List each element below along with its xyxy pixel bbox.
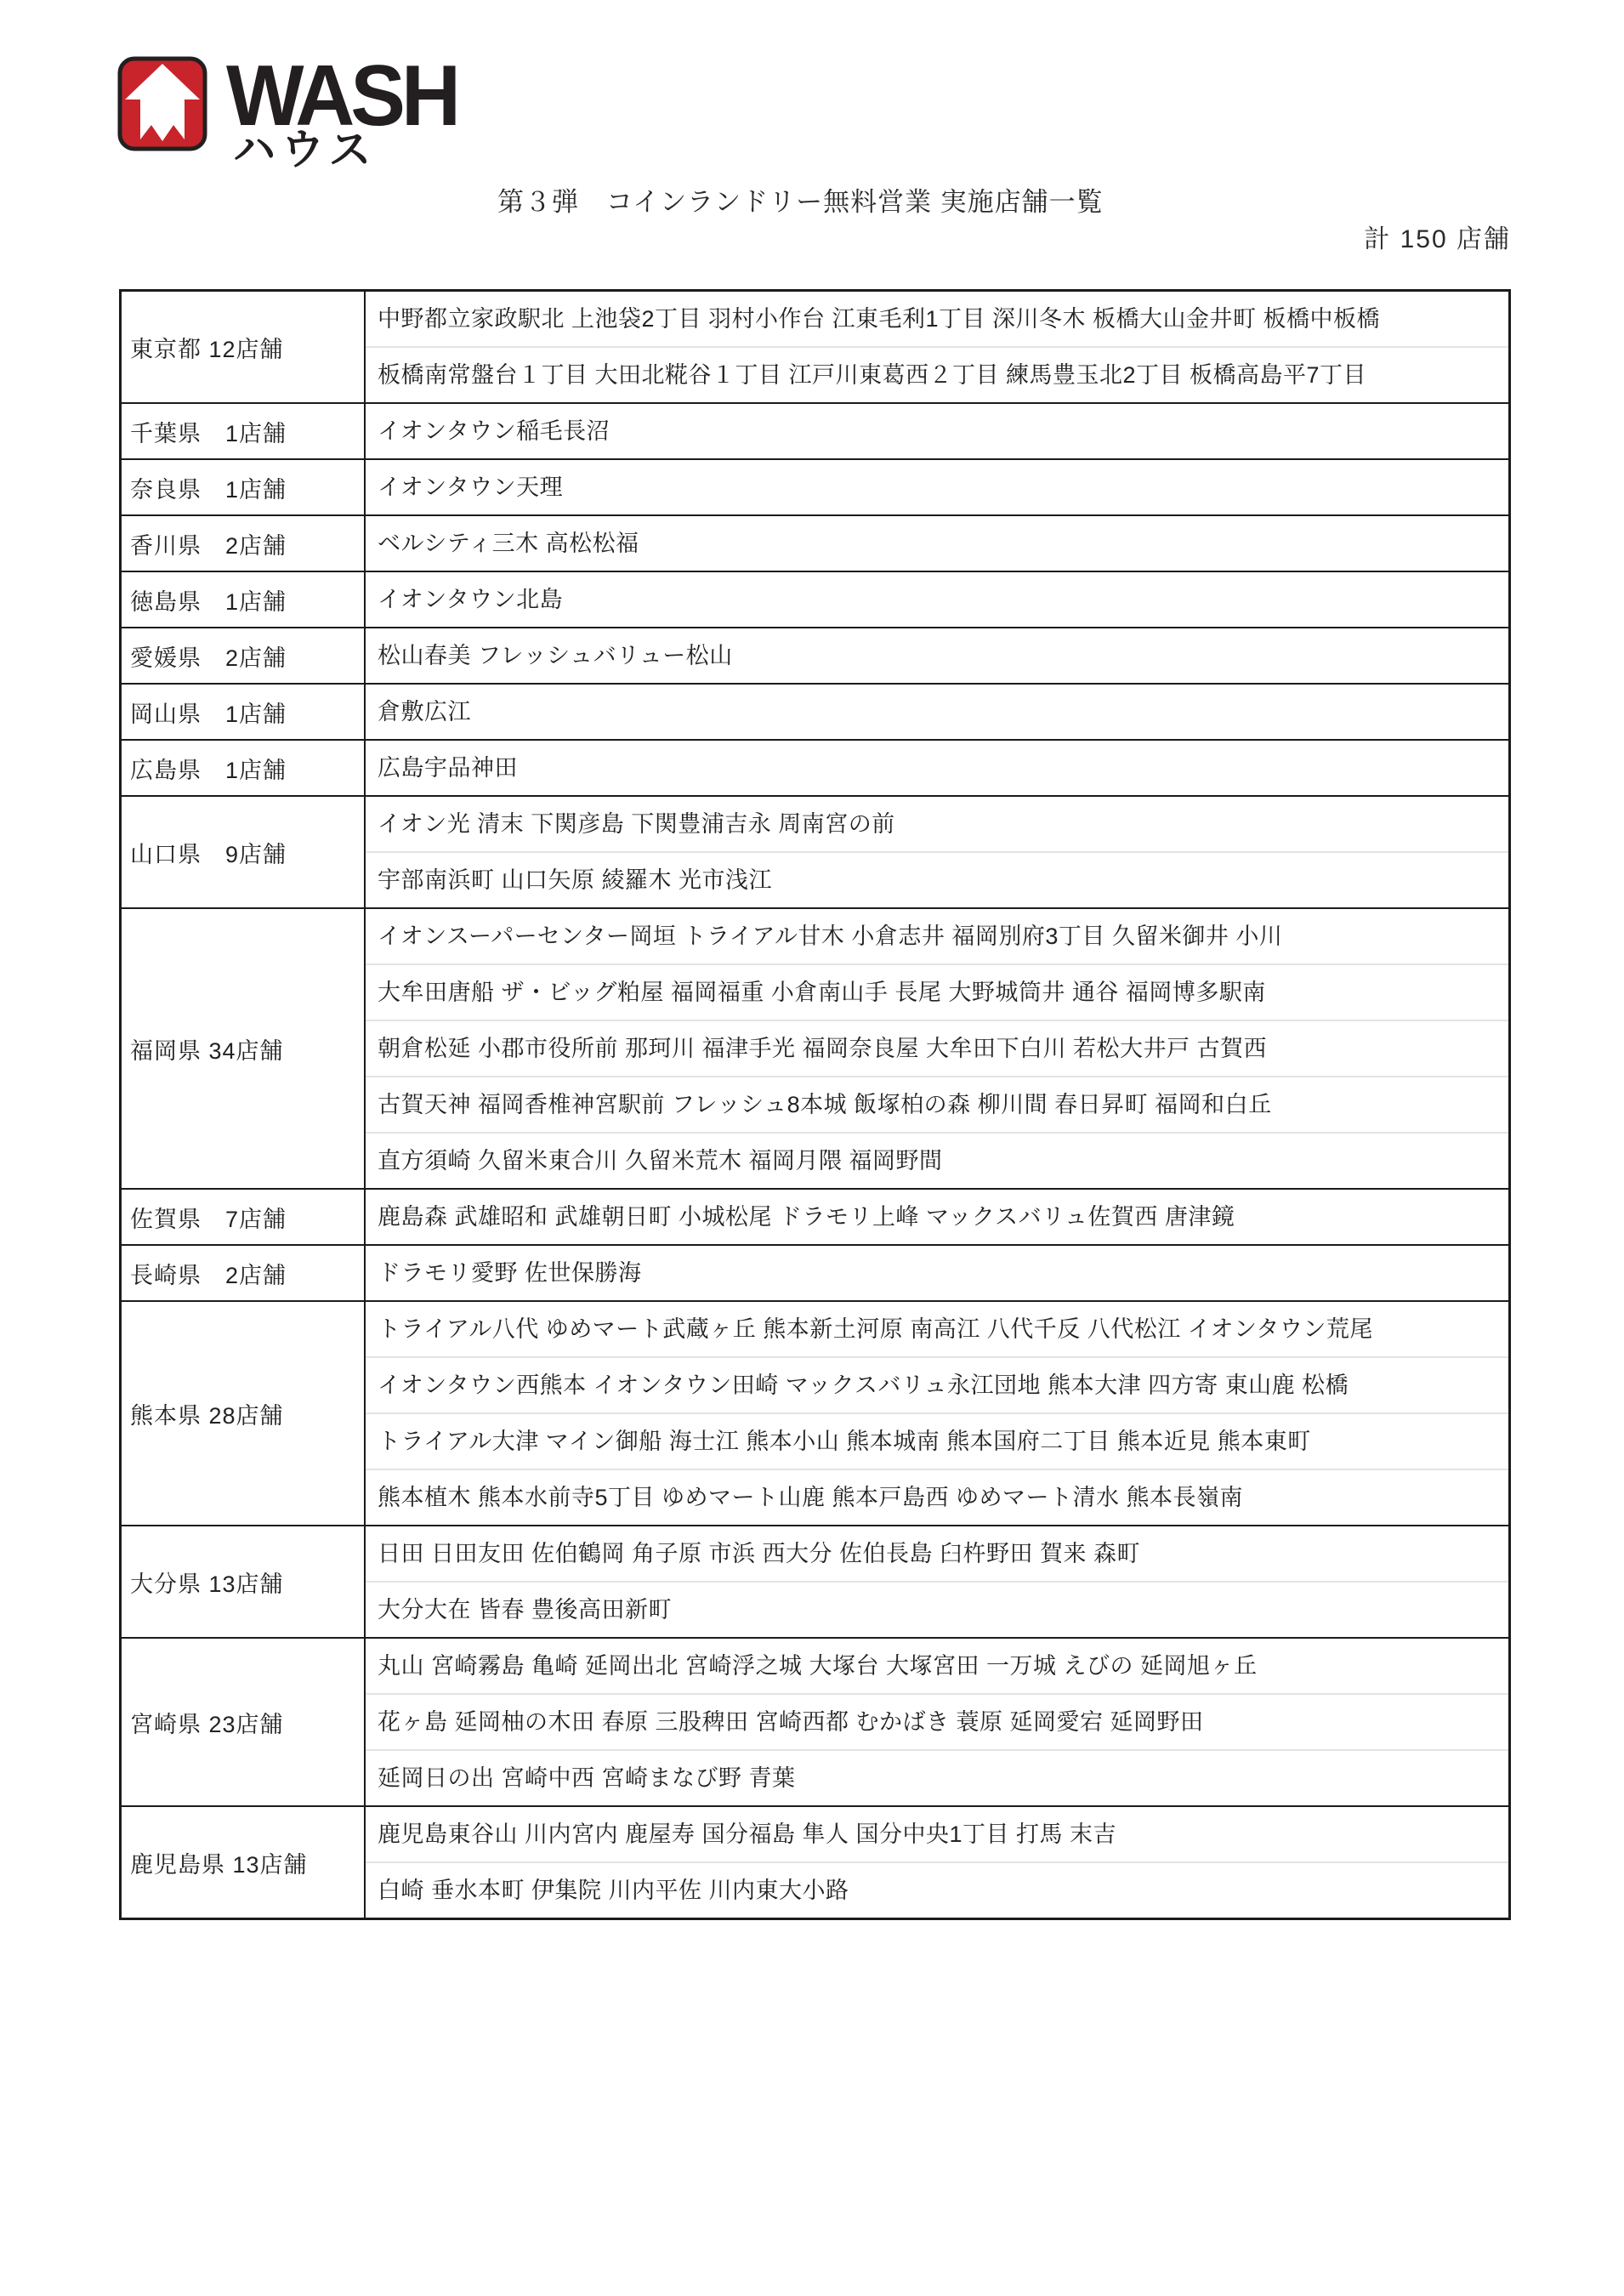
prefecture-cell: 千葉県 1店舗 (122, 404, 366, 458)
store-line: 丸山 宮崎霧島 亀崎 延岡出北 宮崎浮之城 大塚台 大塚宮田 一万城 えびの 延… (366, 1639, 1508, 1693)
table-row: 熊本県 28店舗トライアル八代 ゆめマート武蔵ヶ丘 熊本新土河原 南高江 八代千… (122, 1300, 1508, 1525)
store-line: イオンタウン西熊本 イオンタウン田崎 マックスバリュ永江団地 熊本大津 四方寄 … (366, 1356, 1508, 1412)
table-row: 山口県 9店舗イオン光 清末 下関彦島 下関豊浦吉永 周南宮の前宇部南浜町 山口… (122, 795, 1508, 907)
stores-cell: 鹿島森 武雄昭和 武雄朝日町 小城松尾 ドラモリ上峰 マックスバリュ佐賀西 唐津… (366, 1190, 1508, 1244)
stores-cell: イオン光 清末 下関彦島 下関豊浦吉永 周南宮の前宇部南浜町 山口矢原 綾羅木 … (366, 797, 1508, 907)
logo-wordmark: WASH ハウス (226, 56, 457, 171)
store-line: 白崎 垂水本町 伊集院 川内平佐 川内東大小路 (366, 1861, 1508, 1918)
prefecture-cell: 宮崎県 23店舗 (122, 1639, 366, 1805)
table-row: 鹿児島県 13店舗鹿児島東谷山 川内宮内 鹿屋寿 国分福島 隼人 国分中央1丁目… (122, 1805, 1508, 1918)
table-row: 徳島県 1店舗イオンタウン北島 (122, 571, 1508, 627)
store-line: 直方須崎 久留米東合川 久留米荒木 福岡月隈 福岡野間 (366, 1132, 1508, 1188)
stores-cell: 鹿児島東谷山 川内宮内 鹿屋寿 国分福島 隼人 国分中央1丁目 打馬 末吉白崎 … (366, 1807, 1508, 1918)
table-row: 佐賀県 7店舗鹿島森 武雄昭和 武雄朝日町 小城松尾 ドラモリ上峰 マックスバリ… (122, 1188, 1508, 1244)
store-line: 鹿島森 武雄昭和 武雄朝日町 小城松尾 ドラモリ上峰 マックスバリュ佐賀西 唐津… (366, 1190, 1508, 1244)
store-line: トライアル大津 マイン御船 海士江 熊本小山 熊本城南 熊本国府二丁目 熊本近見… (366, 1412, 1508, 1469)
table-row: 福岡県 34店舗イオンスーパーセンター岡垣 トライアル甘木 小倉志井 福岡別府3… (122, 907, 1508, 1188)
stores-cell: ベルシティ三木 高松松福 (366, 516, 1508, 571)
store-line: ドラモリ愛野 佐世保勝海 (366, 1246, 1508, 1300)
table-row: 岡山県 1店舗倉敷広江 (122, 683, 1508, 739)
stores-cell: 中野都立家政駅北 上池袋2丁目 羽村小作台 江東毛利1丁目 深川冬木 板橋大山金… (366, 292, 1508, 402)
table-row: 広島県 1店舗広島宇品神田 (122, 739, 1508, 795)
table-row: 東京都 12店舗中野都立家政駅北 上池袋2丁目 羽村小作台 江東毛利1丁目 深川… (122, 292, 1508, 402)
table-row: 奈良県 1店舗イオンタウン天理 (122, 458, 1508, 514)
wash-house-logo: WASH ハウス (117, 56, 457, 171)
table-row: 愛媛県 2店舗松山春美 フレッシュバリュー松山 (122, 627, 1508, 683)
store-line: 板橋南常盤台１丁目 大田北糀谷１丁目 江戸川東葛西２丁目 練馬豊玉北2丁目 板橋… (366, 346, 1508, 402)
store-line: 古賀天神 福岡香椎神宮駅前 フレッシュ8本城 飯塚柏の森 柳川間 春日昇町 福岡… (366, 1076, 1508, 1132)
prefecture-cell: 熊本県 28店舗 (122, 1302, 366, 1525)
prefecture-cell: 佐賀県 7店舗 (122, 1190, 366, 1244)
stores-cell: イオンタウン天理 (366, 460, 1508, 514)
store-line: 宇部南浜町 山口矢原 綾羅木 光市浅江 (366, 851, 1508, 907)
store-line: 花ヶ島 延岡柚の木田 春原 三股稗田 宮崎西都 むかばき 蓑原 延岡愛宕 延岡野… (366, 1693, 1508, 1749)
store-line: 朝倉松延 小郡市役所前 那珂川 福津手光 福岡奈良屋 大牟田下白川 若松大井戸 … (366, 1020, 1508, 1076)
prefecture-cell: 香川県 2店舗 (122, 516, 366, 571)
store-line: 延岡日の出 宮崎中西 宮崎まなび野 青葉 (366, 1749, 1508, 1805)
stores-cell: 倉敷広江 (366, 685, 1508, 739)
prefecture-cell: 鹿児島県 13店舗 (122, 1807, 366, 1918)
store-line: イオンスーパーセンター岡垣 トライアル甘木 小倉志井 福岡別府3丁目 久留米御井… (366, 909, 1508, 963)
stores-cell: イオンタウン稲毛長沼 (366, 404, 1508, 458)
store-line: ベルシティ三木 高松松福 (366, 516, 1508, 571)
store-line: 鹿児島東谷山 川内宮内 鹿屋寿 国分福島 隼人 国分中央1丁目 打馬 末吉 (366, 1807, 1508, 1861)
store-list-table: 東京都 12店舗中野都立家政駅北 上池袋2丁目 羽村小作台 江東毛利1丁目 深川… (119, 289, 1511, 1920)
stores-cell: 松山春美 フレッシュバリュー松山 (366, 628, 1508, 683)
store-line: イオンタウン稲毛長沼 (366, 404, 1508, 458)
stores-cell: トライアル八代 ゆめマート武蔵ヶ丘 熊本新土河原 南高江 八代千反 八代松江 イ… (366, 1302, 1508, 1525)
prefecture-cell: 奈良県 1店舗 (122, 460, 366, 514)
prefecture-cell: 広島県 1店舗 (122, 741, 366, 795)
store-line: 倉敷広江 (366, 685, 1508, 739)
store-line: 熊本植木 熊本水前寺5丁目 ゆめマート山鹿 熊本戸島西 ゆめマート清水 熊本長嶺… (366, 1469, 1508, 1525)
table-row: 千葉県 1店舗イオンタウン稲毛長沼 (122, 402, 1508, 458)
stores-cell: イオンタウン北島 (366, 572, 1508, 627)
stores-cell: 日田 日田友田 佐伯鶴岡 角子原 市浜 西大分 佐伯長島 臼杵野田 賀来 森町大… (366, 1526, 1508, 1637)
table-row: 香川県 2店舗ベルシティ三木 高松松福 (122, 514, 1508, 571)
store-line: イオンタウン天理 (366, 460, 1508, 514)
store-line: イオンタウン北島 (366, 572, 1508, 627)
prefecture-cell: 東京都 12店舗 (122, 292, 366, 402)
store-line: 松山春美 フレッシュバリュー松山 (366, 628, 1508, 683)
table-row: 宮崎県 23店舗丸山 宮崎霧島 亀崎 延岡出北 宮崎浮之城 大塚台 大塚宮田 一… (122, 1637, 1508, 1805)
store-line: 日田 日田友田 佐伯鶴岡 角子原 市浜 西大分 佐伯長島 臼杵野田 賀来 森町 (366, 1526, 1508, 1581)
stores-cell: ドラモリ愛野 佐世保勝海 (366, 1246, 1508, 1300)
prefecture-cell: 大分県 13店舗 (122, 1526, 366, 1637)
store-line: イオン光 清末 下関彦島 下関豊浦吉永 周南宮の前 (366, 797, 1508, 851)
store-line: 広島宇品神田 (366, 741, 1508, 795)
page-title: 第３弾 コインランドリー無料営業 実施店舗一覧 (497, 180, 1104, 219)
logo-text-wash: WASH (226, 56, 457, 135)
stores-cell: 広島宇品神田 (366, 741, 1508, 795)
store-line: 大牟田唐船 ザ・ビッグ粕屋 福岡福重 小倉南山手 長尾 大野城筒井 通谷 福岡博… (366, 963, 1508, 1020)
document-page: WASH ハウス 第３弾 コインランドリー無料営業 実施店舗一覧 計 150 店… (0, 0, 1624, 2296)
total-store-count: 計 150 店舗 (1364, 218, 1511, 255)
prefecture-cell: 福岡県 34店舗 (122, 909, 366, 1188)
store-line: トライアル八代 ゆめマート武蔵ヶ丘 熊本新土河原 南高江 八代千反 八代松江 イ… (366, 1302, 1508, 1356)
prefecture-cell: 山口県 9店舗 (122, 797, 366, 907)
house-arrow-icon (117, 56, 207, 151)
store-line: 大分大在 皆春 豊後高田新町 (366, 1581, 1508, 1637)
table-row: 大分県 13店舗日田 日田友田 佐伯鶴岡 角子原 市浜 西大分 佐伯長島 臼杵野… (122, 1525, 1508, 1637)
prefecture-cell: 徳島県 1店舗 (122, 572, 366, 627)
table-row: 長崎県 2店舗ドラモリ愛野 佐世保勝海 (122, 1244, 1508, 1300)
prefecture-cell: 岡山県 1店舗 (122, 685, 366, 739)
prefecture-cell: 長崎県 2店舗 (122, 1246, 366, 1300)
store-line: 中野都立家政駅北 上池袋2丁目 羽村小作台 江東毛利1丁目 深川冬木 板橋大山金… (366, 292, 1508, 346)
stores-cell: イオンスーパーセンター岡垣 トライアル甘木 小倉志井 福岡別府3丁目 久留米御井… (366, 909, 1508, 1188)
stores-cell: 丸山 宮崎霧島 亀崎 延岡出北 宮崎浮之城 大塚台 大塚宮田 一万城 えびの 延… (366, 1639, 1508, 1805)
prefecture-cell: 愛媛県 2店舗 (122, 628, 366, 683)
